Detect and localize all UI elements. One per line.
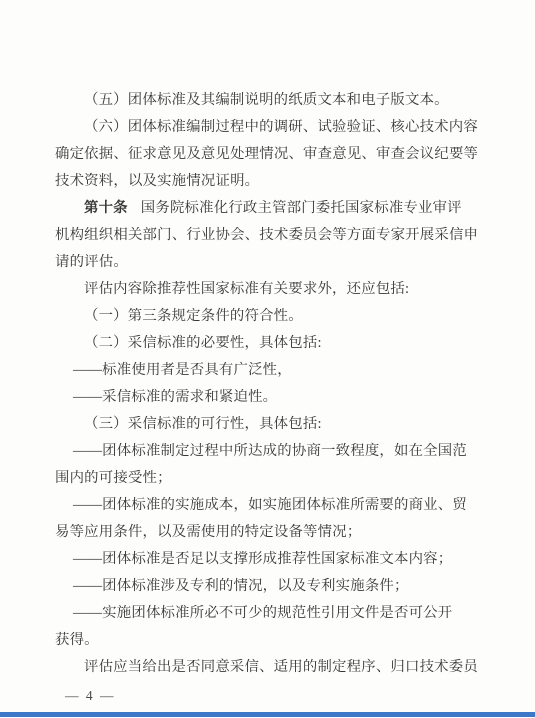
- text-line: 评估内容除推荐性国家标准有关要求外，还应包括:: [55, 276, 480, 303]
- text-line: （二）采信标准的必要性，具体包括:: [55, 330, 480, 357]
- text-line: ——团体标准涉及专利的情况，以及专利实施条件；: [55, 573, 480, 600]
- text-line: （一）第三条规定条件的符合性。: [55, 303, 480, 330]
- article-body-text: 国务院标准化行政主管部门委托国家标准专业审评: [141, 200, 462, 216]
- text-line: （三）采信标准的可行性，具体包括:: [55, 411, 480, 438]
- bottom-accent-bar: [0, 712, 535, 717]
- text-line: 请的评估。: [55, 249, 480, 276]
- text-line: 机构组织相关部门、行业协会、技术委员会等方面专家开展采信申: [55, 222, 480, 249]
- text-line: ——标准使用者是否具有广泛性，: [55, 357, 480, 384]
- text-line-article-heading: 第十条国务院标准化行政主管部门委托国家标准专业审评: [55, 195, 480, 222]
- text-line: 获得。: [55, 627, 480, 654]
- text-line: 确定依据、征求意见及意见处理情况、审查意见、审查会议纪要等: [55, 141, 480, 168]
- text-line: （六）团体标准编制过程中的调研、试验验证、核心技术内容: [55, 114, 480, 141]
- text-line: ——团体标准是否足以支撑形成推荐性国家标准文本内容；: [55, 546, 480, 573]
- text-line: ——采信标准的需求和紧迫性。: [55, 384, 480, 411]
- text-line: ——团体标准制定过程中所达成的协商一致程度，如在全国范: [55, 438, 480, 465]
- text-line: 围内的可接受性；: [55, 465, 480, 492]
- text-line: 易等应用条件，以及需使用的特定设备等情况；: [55, 519, 480, 546]
- text-line: 评估应当给出是否同意采信、适用的制定程序、归口技术委员: [55, 654, 480, 681]
- text-line: ——实施团体标准所必不可少的规范性引用文件是否可公开: [55, 600, 480, 627]
- page-number: — 4 —: [65, 688, 116, 704]
- text-line: 技术资料，以及实施情况证明。: [55, 168, 480, 195]
- article-number-label: 第十条: [84, 200, 128, 216]
- scanned-document-page: （五）团体标准及其编制说明的纸质文本和电子版文本。 （六）团体标准编制过程中的调…: [0, 0, 535, 718]
- text-line: （五）团体标准及其编制说明的纸质文本和电子版文本。: [55, 87, 480, 114]
- document-text-block: （五）团体标准及其编制说明的纸质文本和电子版文本。 （六）团体标准编制过程中的调…: [55, 87, 480, 681]
- text-line: ——团体标准的实施成本，如实施团体标准所需要的商业、贸: [55, 492, 480, 519]
